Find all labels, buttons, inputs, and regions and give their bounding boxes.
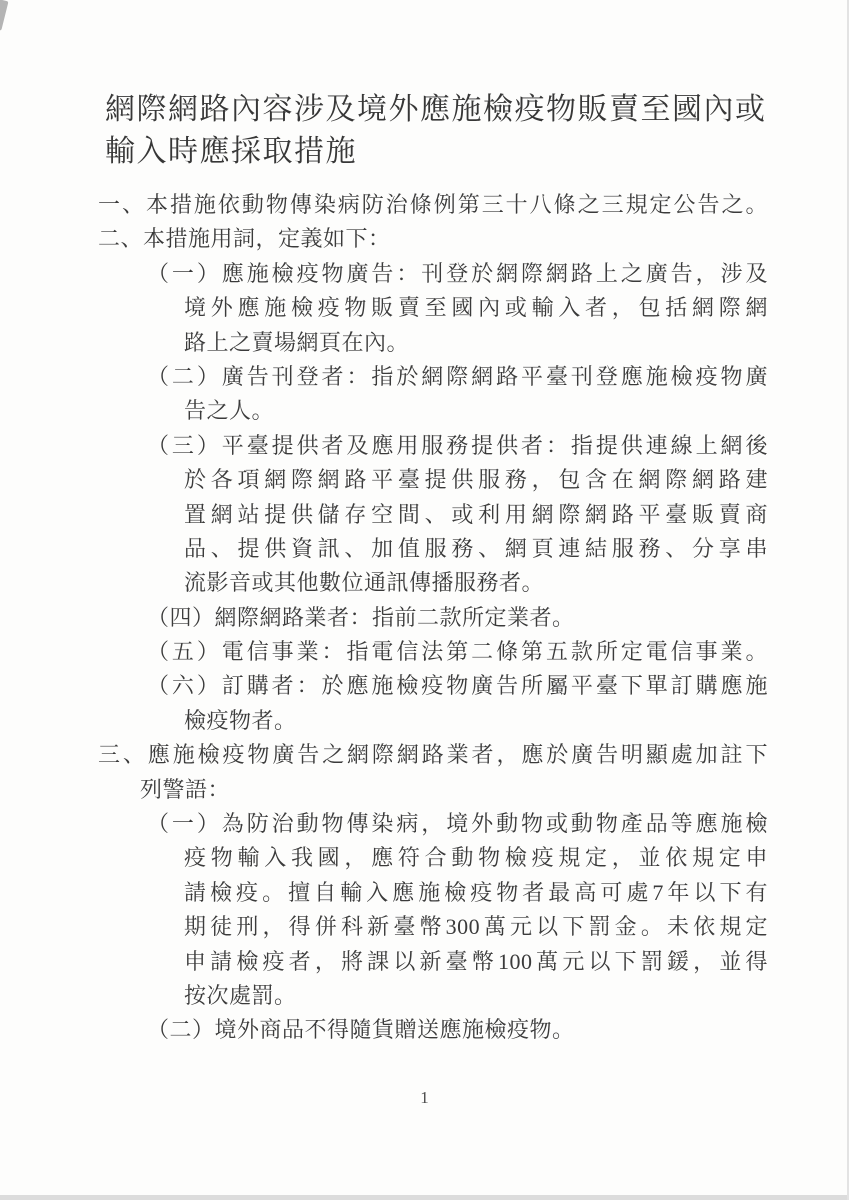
text-line: 申請檢疫者，將課以新臺幣100萬元以下罰鍰，並得 [184, 945, 768, 979]
document-title-line-1: 網際網路內容涉及境外應施檢疫物販賣至國內或 [105, 89, 767, 131]
text-line: 境外應施檢疫物販賣至國內或輸入者，包括網際網 [184, 291, 768, 325]
text-line: 列警語： [140, 773, 768, 807]
text-line: （五）電信事業：指電信法第二條第五款所定電信事業。 [147, 635, 768, 669]
text-line: （一）為防治動物傳染病，境外動物或動物產品等應施檢 [147, 807, 768, 841]
text-line: 告之人。 [184, 394, 768, 428]
scan-corner-artifact [0, 0, 8, 31]
text-line: （二）廣告刊登者：指於網際網路平臺刊登應施檢疫物廣 [147, 360, 768, 394]
text-line: 二、本措施用詞，定義如下： [98, 222, 768, 256]
document-title-line-2: 輸入時應採取措施 [105, 131, 767, 173]
text-line: 路上之賣場網頁在內。 [184, 326, 768, 360]
document-body: 一、本措施依動物傳染病防治條例第三十八條之三規定公告之。二、本措施用詞，定義如下… [0, 188, 849, 1048]
text-line: （二）境外商品不得隨貨贈送應施檢疫物。 [147, 1013, 768, 1047]
scan-bottom-edge [0, 1195, 849, 1200]
document-title: 網際網路內容涉及境外應施檢疫物販賣至國內或 輸入時應採取措施 [105, 89, 767, 173]
page-number: 1 [0, 1088, 849, 1108]
text-line: 按次處罰。 [184, 979, 768, 1013]
text-line: 一、本措施依動物傳染病防治條例第三十八條之三規定公告之。 [98, 188, 768, 222]
scanned-document-page: 網際網路內容涉及境外應施檢疫物販賣至國內或 輸入時應採取措施 一、本措施依動物傳… [0, 0, 849, 1200]
text-line: 品、提供資訊、加值服務、網頁連結服務、分享串 [184, 532, 768, 566]
text-line: （一）應施檢疫物廣告：刊登於網際網路上之廣告，涉及 [147, 257, 768, 291]
text-line: 三、應施檢疫物廣告之網際網路業者，應於廣告明顯處加註下 [98, 738, 768, 772]
text-line: （三）平臺提供者及應用服務提供者：指提供連線上網後 [147, 429, 768, 463]
text-line: 請檢疫。擅自輸入應施檢疫物者最高可處7年以下有 [184, 876, 768, 910]
text-line: 流影音或其他數位通訊傳播服務者。 [184, 566, 768, 600]
text-line: （六）訂購者：於應施檢疫物廣告所屬平臺下單訂購應施 [147, 669, 768, 703]
text-line: 期徒刑，得併科新臺幣300萬元以下罰金。未依規定 [184, 910, 768, 944]
text-line: 疫物輸入我國，應符合動物檢疫規定，並依規定申 [184, 841, 768, 875]
text-line: 檢疫物者。 [184, 704, 768, 738]
text-line: 於各項網際網路平臺提供服務，包含在網際網路建 [184, 463, 768, 497]
text-line: （四）網際網路業者：指前二款所定業者。 [147, 601, 768, 635]
text-line: 置網站提供儲存空間、或利用網際網路平臺販賣商 [184, 498, 768, 532]
